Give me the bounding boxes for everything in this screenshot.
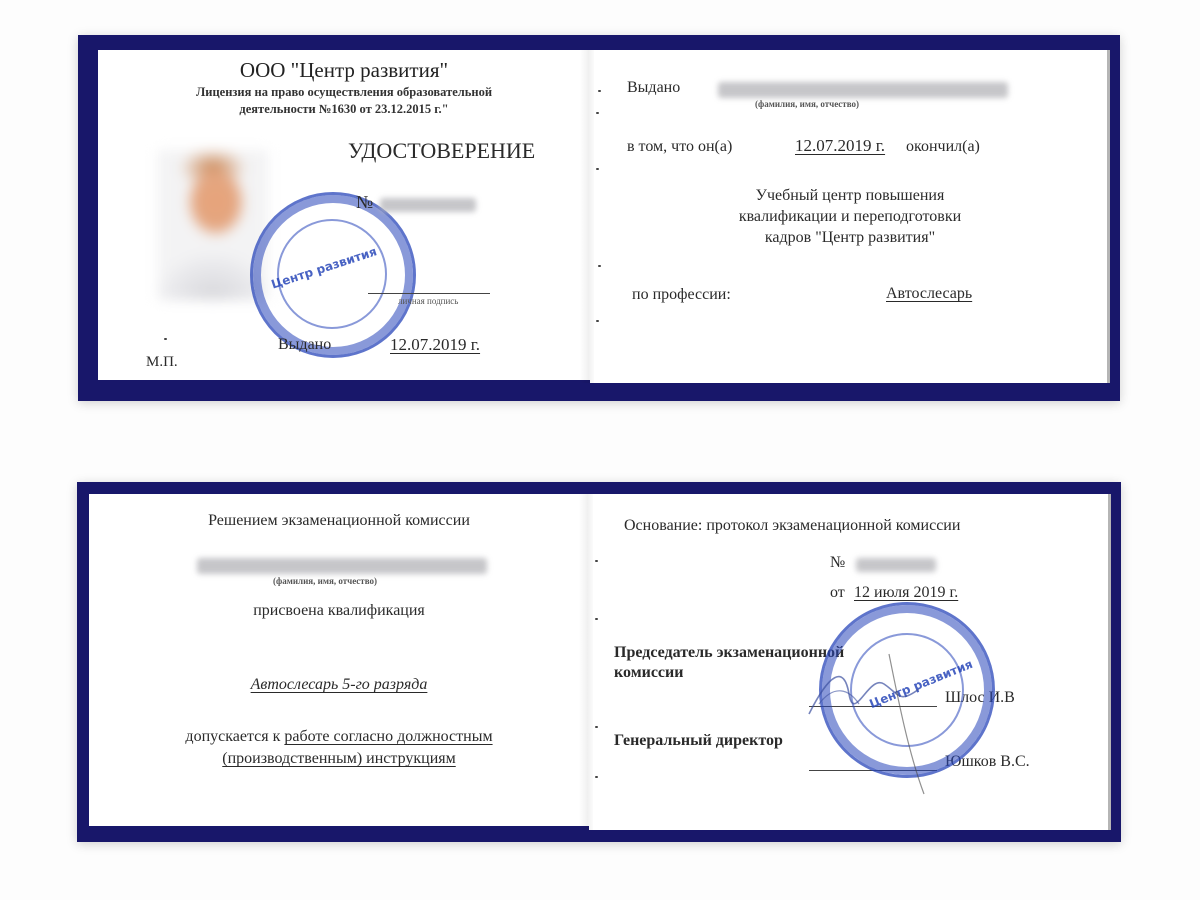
certificate-page-3: Основание: протокол экзаменационной коми… <box>589 494 1111 830</box>
awarded-label: присвоена квалификация <box>89 602 589 620</box>
name-caption: (фамилия, имя, отчество) <box>755 99 859 109</box>
protocol-number-redacted <box>856 558 936 577</box>
admission-line-1: допускается к работе согласно должностны… <box>89 728 589 746</box>
issued-date: 12.07.2019 г. <box>390 335 480 355</box>
license-line-2: деятельности №1630 от 23.12.2015 г." <box>98 102 590 117</box>
certificate-page-1: Выдано (фамилия, имя, отчество) в том, ч… <box>590 50 1110 383</box>
signature-caption: личная подпись <box>398 296 458 306</box>
admission-line-2: (производственным) инструкциям <box>89 750 589 768</box>
protocol-date-prefix: от <box>830 584 845 602</box>
institution-line-1: Учебный центр повышения <box>685 187 1015 205</box>
number-label: № <box>356 192 373 213</box>
admission-underlined: работе согласно должностным <box>284 728 492 745</box>
decision-heading: Решением экзаменационной комиссии <box>89 512 589 530</box>
protocol-date: 12 июля 2019 г. <box>854 584 958 602</box>
statement-date: 12.07.2019 г. <box>795 136 885 156</box>
license-line-1: Лицензия на право осуществления образова… <box>98 85 590 100</box>
admission-prefix: допускается к <box>185 728 280 745</box>
statement-suffix: окончил(а) <box>906 138 980 156</box>
protocol-number-label: № <box>830 554 845 572</box>
chairman-title-line-2: комиссии <box>614 664 683 682</box>
issued-to-label: Выдано <box>627 79 680 97</box>
handwritten-signature-icon <box>789 644 949 804</box>
seal-label: М.П. <box>146 354 178 371</box>
signature-line <box>368 293 490 294</box>
profession-value: Автослесарь <box>886 285 972 303</box>
certificate-title-page: ООО "Центр развития" Лицензия на право о… <box>98 50 590 380</box>
basis-label: Основание: протокол экзаменационной коми… <box>624 517 960 535</box>
certificate-page-2: Решением экзаменационной комиссии (фамил… <box>89 494 589 826</box>
org-name: ООО "Центр развития" <box>98 58 590 83</box>
name-caption: (фамилия, имя, отчество) <box>273 576 377 586</box>
page-fold <box>580 50 594 383</box>
certificate-number-redacted <box>380 198 476 217</box>
certificate-spread-bottom: Решением экзаменационной комиссии (фамил… <box>77 482 1121 842</box>
director-title: Генеральный директор <box>614 732 783 750</box>
institution-line-2: квалификации и переподготовки <box>685 208 1015 226</box>
statement-prefix: в том, что он(а) <box>627 138 732 156</box>
profession-label: по профессии: <box>632 286 731 304</box>
page-fold <box>579 494 593 830</box>
document-title: УДОСТОВЕРЕНИЕ <box>348 138 535 164</box>
issued-label: Выдано <box>278 336 331 354</box>
certificate-spread-top: ООО "Центр развития" Лицензия на право о… <box>78 35 1120 401</box>
qualification: Автослесарь 5-го разряда <box>89 676 589 694</box>
institution-line-3: кадров "Центр развития" <box>685 229 1015 247</box>
